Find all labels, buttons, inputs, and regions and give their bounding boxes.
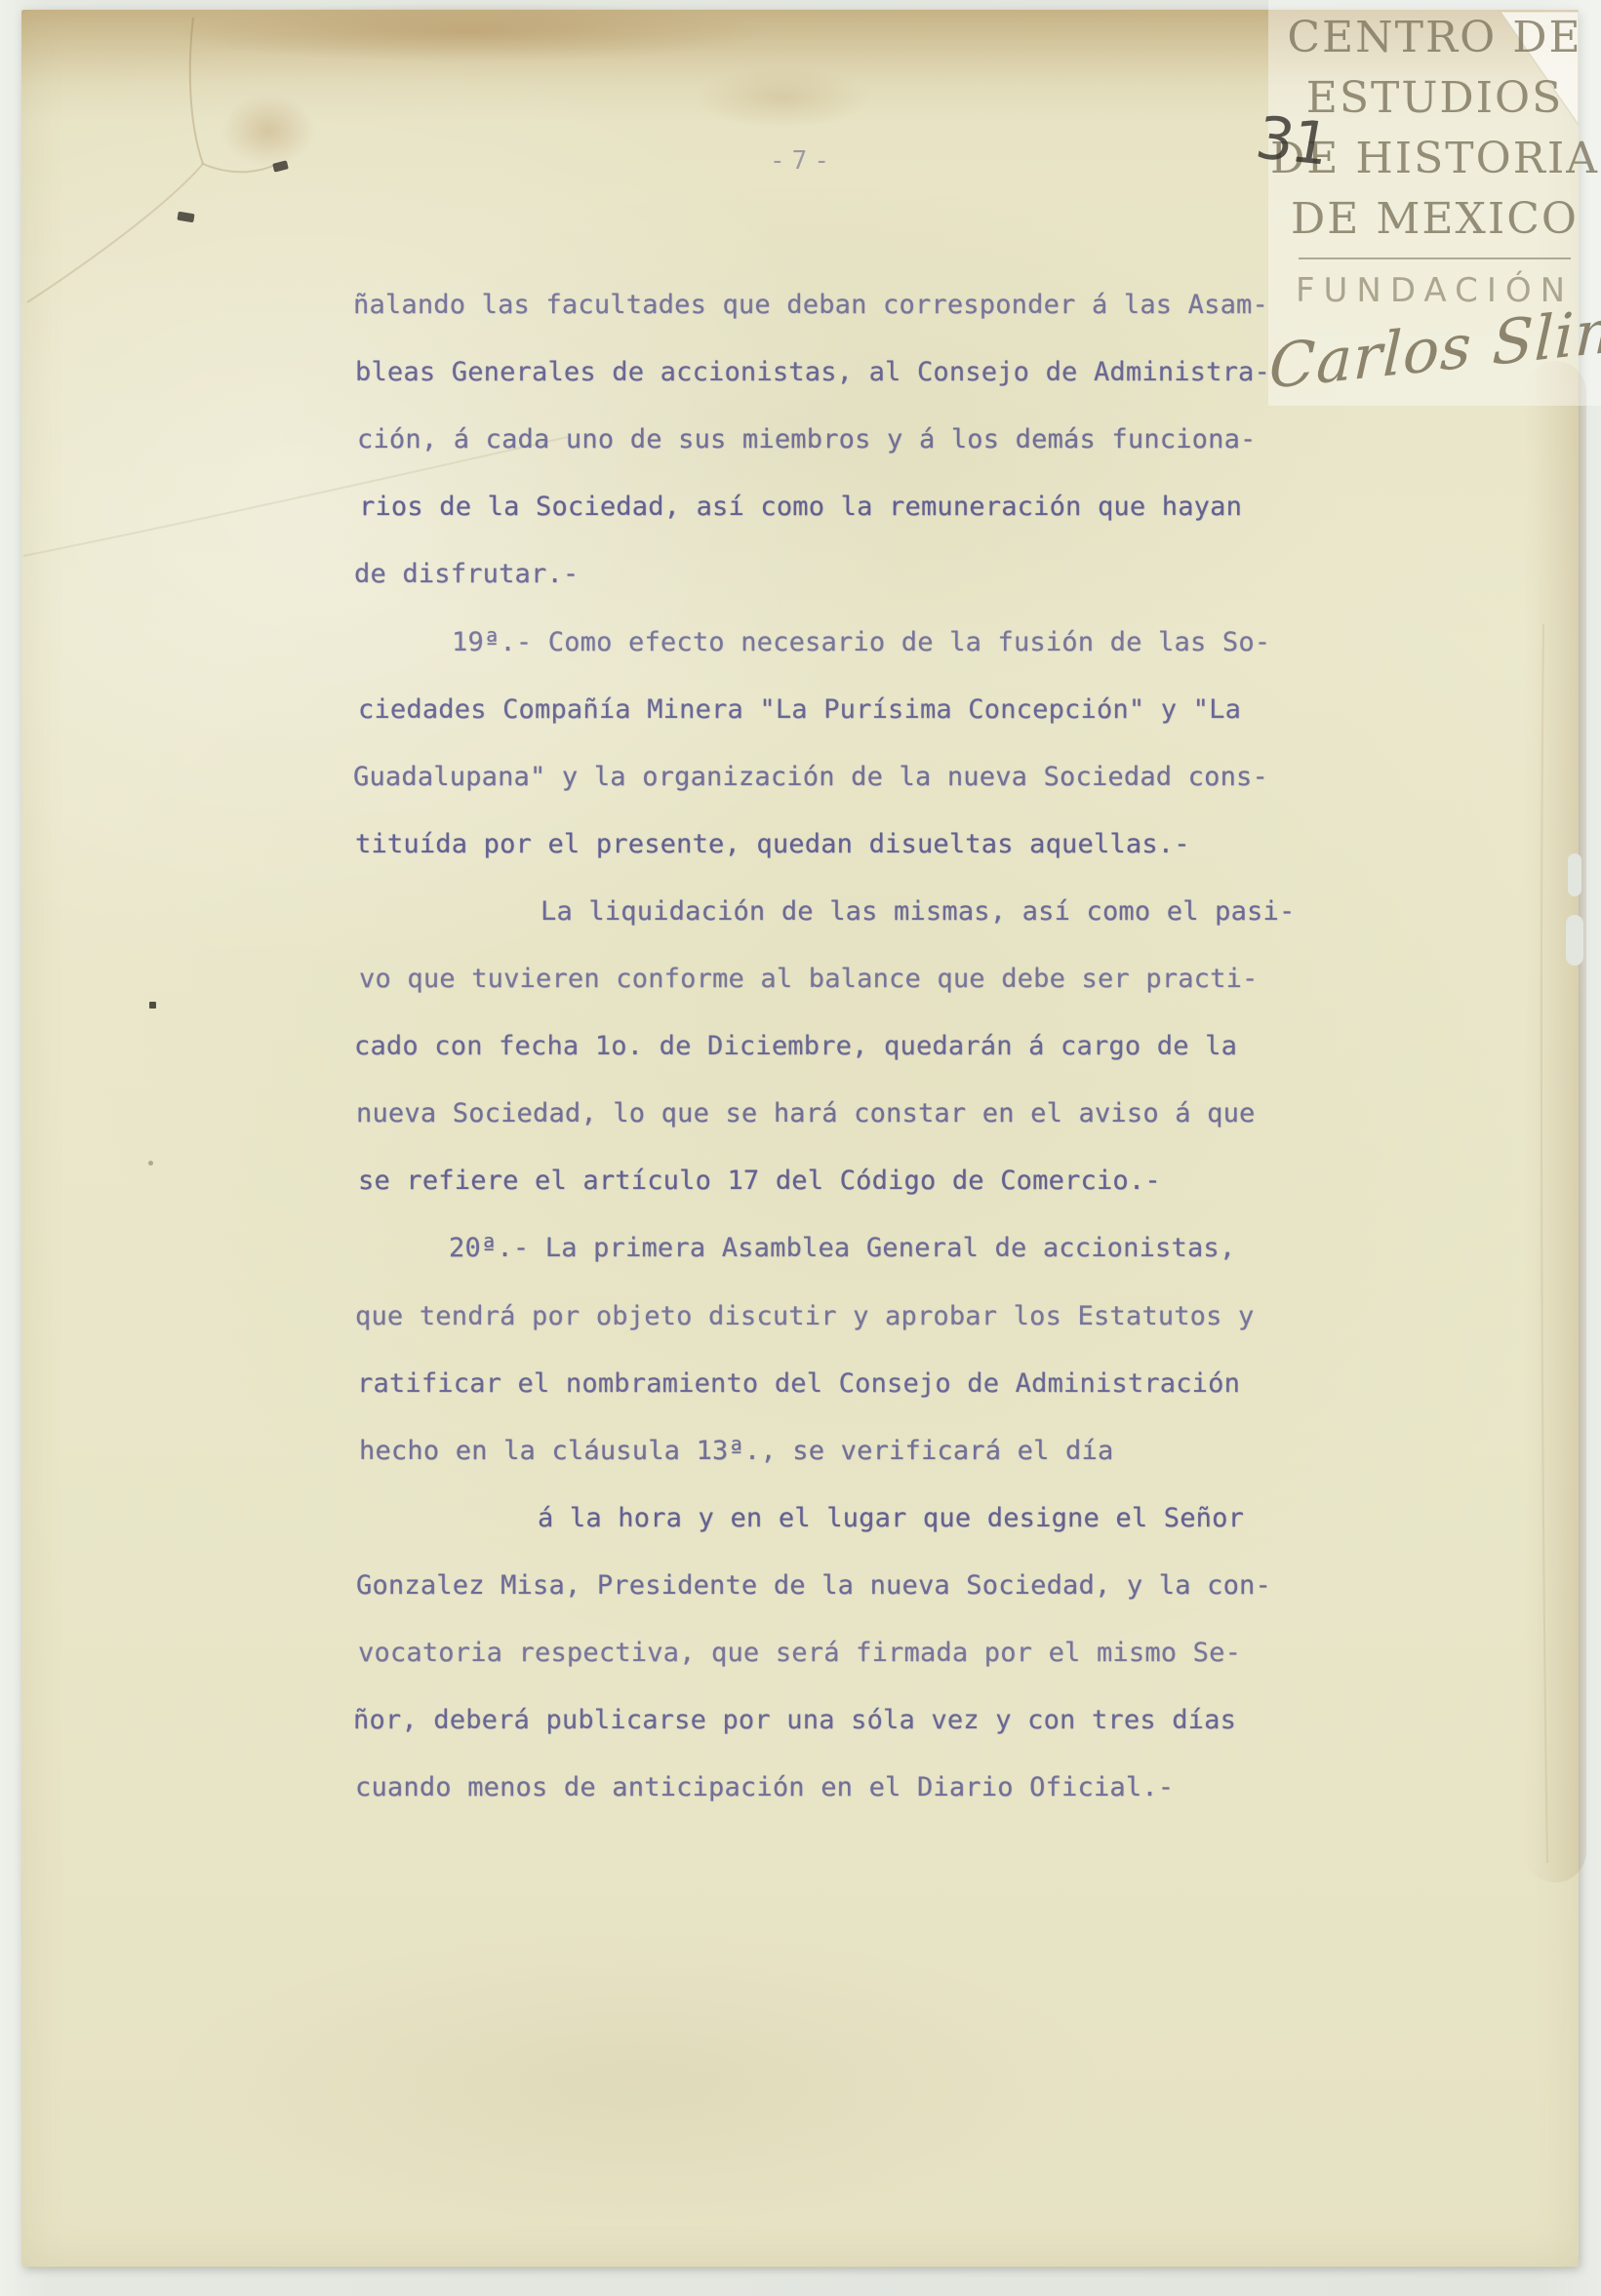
typed-line-22: ñor, deberá publicarse por una sóla vez … [353,1704,1236,1737]
archive-name-line: CENTRO DE [1268,8,1601,68]
typed-line-10: La liquidación de las mismas, así como e… [540,895,1295,929]
stamp-divider-line [1299,257,1572,259]
typed-line-17: ratificar el nombramiento del Consejo de… [357,1367,1240,1401]
typed-line-12: cado con fecha 1o. de Diciembre, quedará… [354,1030,1237,1063]
typed-line-16: que tendrá por objeto discutir y aprobar… [355,1300,1255,1333]
typed-line-5: de disfrutar.- [354,558,579,591]
typed-line-20: Gonzalez Misa, Presidente de la nueva So… [356,1569,1271,1603]
typed-line-18: hecho en la cláusula 13ª., se verificará… [359,1435,1113,1468]
typed-line-3: ción, á cada uno de sus miembros y á los… [357,423,1257,456]
typed-line-13: nueva Sociedad, lo que se hará constar e… [356,1097,1256,1130]
archive-name-line: DE MEXICO [1268,189,1601,250]
typed-line-19: á la hora y en el lugar que designe el S… [538,1502,1244,1535]
typed-line-9: tituída por el presente, quedan disuelta… [355,828,1190,861]
archive-stamp-overlay: CENTRO DE ESTUDIOS DE HISTORIA DE MEXICO… [1268,0,1601,406]
typed-line-1: ñalando las facultades que deban corresp… [353,289,1268,322]
typed-line-14: se refiere el artículo 17 del Código de … [358,1165,1161,1198]
typed-line-7: ciedades Compañía Minera "La Purísima Co… [358,693,1241,727]
typed-line-11: vo que tuvieren conforme al balance que … [359,963,1259,996]
typed-line-15: 20ª.- La primera Asamblea General de acc… [449,1232,1235,1265]
typed-line-8: Guadalupana" y la organización de la nue… [353,761,1268,794]
typed-line-23: cuando menos de anticipación en el Diari… [355,1771,1174,1804]
catalog-number-handwritten: 31 [1251,104,1333,179]
typed-line-21: vocatoria respectiva, que será firmada p… [358,1637,1241,1670]
scanned-document: -7- ñalando las facultades que deban cor… [0,0,1601,2296]
typed-line-2: bleas Generales de accionistas, al Conse… [355,356,1270,389]
typed-line-4: rios de la Sociedad, así como la remuner… [359,491,1242,524]
typed-line-6: 19ª.- Como efecto necesario de la fusión… [452,626,1270,659]
